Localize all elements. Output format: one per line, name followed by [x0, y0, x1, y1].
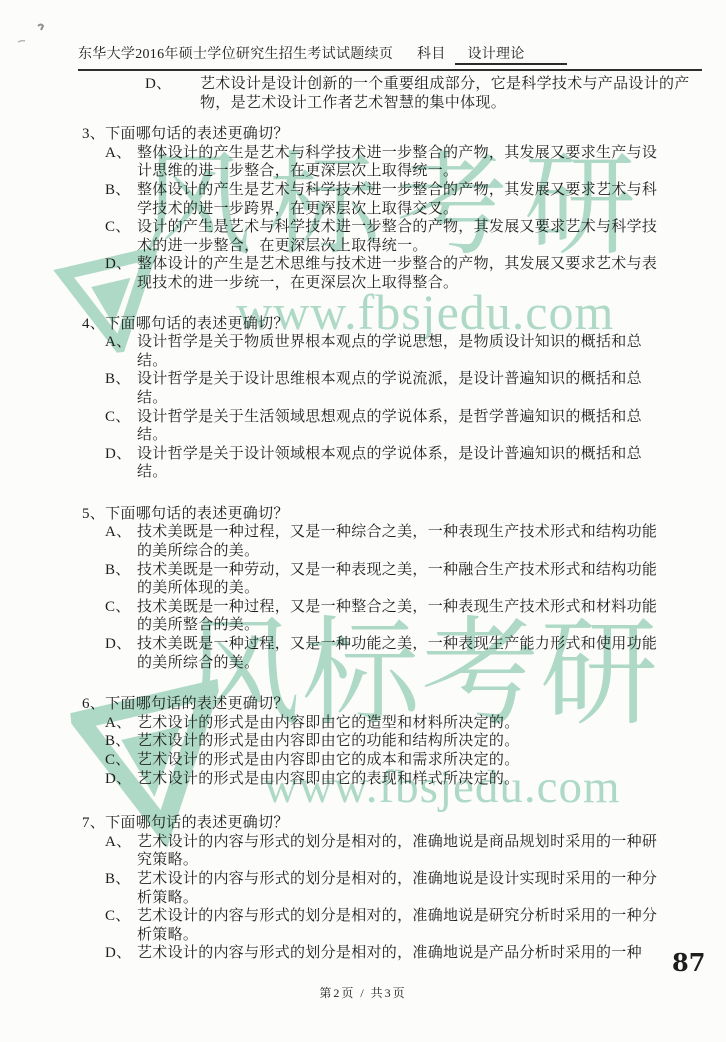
option-text: 艺术设计的形式是由内容即由它的成本和需求所决定的。: [137, 751, 659, 770]
exam-option: B、 设计哲学是关于设计思维根本观点的学说流派，是设计普遍知识的概括和总结。: [105, 370, 726, 407]
exam-option: D、 艺术设计的形式是由内容即由它的表现和样式所决定的。: [105, 770, 726, 789]
option-text: 技术美既是一种过程，又是一种综合之美，一种表现生产技术形式和结构功能的美所综合的…: [137, 523, 659, 560]
option-label: A、: [105, 523, 137, 560]
option-text: 整体设计的产生是艺术与科学技术进一步整合的产物，其发展又要求艺术与科学技术的进一…: [137, 181, 659, 218]
option-label: A、: [105, 833, 137, 870]
exam-option: C、 技术美既是一种过程，又是一种整合之美，一种表现生产技术形式和材料功能的美所…: [105, 598, 726, 635]
option-label: A、: [105, 144, 137, 181]
option-label: B、: [105, 870, 137, 907]
option-text: 艺术设计的内容与形式的划分是相对的，准确地说是产品分析时采用的一种: [137, 944, 659, 963]
option-text: 艺术设计的内容与形式的划分是相对的，准确地说是设计实现时采用的一种分析策略。: [137, 870, 659, 907]
option-text: 设计哲学是关于物质世界根本观点的学说思想，是物质设计知识的概括和总结。: [137, 333, 659, 370]
option-label: B、: [105, 561, 137, 598]
exam-title: 东华大学2016年硕士学位研究生招生考试试题续页: [78, 47, 393, 62]
option-label: B、: [105, 732, 137, 751]
option-text: 整体设计的产生是艺术与科学技术进一步整合的产物，其发展又要求生产与设计思维的进一…: [137, 144, 659, 181]
option-label: A、: [105, 714, 137, 733]
question-block: 4、 下面哪句话的表述更确切？ A、 设计哲学是关于物质世界根本观点的学说思想，…: [82, 315, 726, 482]
option-text: 整体设计的产生是艺术思维与技术进一步整合的产物，其发展又要求艺术与表现技术的进一…: [137, 255, 659, 292]
option-label: D、: [105, 770, 137, 789]
exam-option: C、 设计哲学是关于生活领域思想观点的学说体系，是哲学普遍知识的概括和总结。: [105, 408, 726, 445]
handwritten-page-number: 87: [672, 954, 705, 973]
exam-option: B、 艺术设计的内容与形式的划分是相对的，准确地说是设计实现时采用的一种分析策略…: [105, 870, 726, 907]
exam-option: A、 技术美既是一种过程，又是一种综合之美，一种表现生产技术形式和结构功能的美所…: [105, 523, 726, 560]
header-rule: [78, 69, 702, 71]
option-label: A、: [105, 333, 137, 370]
exam-option: D、 艺术设计的内容与形式的划分是相对的，准确地说是产品分析时采用的一种: [105, 944, 726, 963]
option-text: 艺术设计是设计创新的一个重要组成部分，它是科学技术与产品设计的产物，是艺术设计工…: [200, 75, 700, 112]
exam-option: A、 设计哲学是关于物质世界根本观点的学说思想，是物质设计知识的概括和总结。: [105, 333, 726, 370]
question-block: 5、 下面哪句话的表述更确切？ A、 技术美既是一种过程，又是一种综合之美，一种…: [82, 505, 726, 672]
page-indicator: 第2页 / 共3页: [0, 984, 726, 1003]
option-label: D、: [105, 635, 137, 672]
option-text: 技术美既是一种过程，又是一种功能之美，一种表现生产能力形式和使用功能的美所综合的…: [137, 635, 659, 672]
question-block: 7、 下面哪句话的表述更确切？ A、 艺术设计的内容与形式的划分是相对的，准确地…: [82, 814, 726, 963]
question-prompt: 下面哪句话的表述更确切？: [105, 505, 289, 524]
option-text: 技术美既是一种劳动，又是一种表现之美，一种融合生产技术形式和结构功能的美所体现的…: [137, 561, 659, 598]
option-label: C、: [105, 751, 137, 770]
exam-option: B、 整体设计的产生是艺术与科学技术进一步整合的产物，其发展又要求艺术与科学技术…: [105, 181, 726, 218]
exam-option: C、 设计的产生是艺术与科学技术进一步整合的产物，其发展又要求艺术与科学技术的进…: [105, 218, 726, 255]
question-block: 3、 下面哪句话的表述更确切？ A、 整体设计的产生是艺术与科学技术进一步整合的…: [82, 125, 726, 292]
option-text: 艺术设计的内容与形式的划分是相对的，准确地说是商品规划时采用的一种研究策略。: [137, 833, 659, 870]
option-label: D、: [105, 445, 137, 482]
exam-option: A、 艺术设计的内容与形式的划分是相对的，准确地说是商品规划时采用的一种研究策略…: [105, 833, 726, 870]
option-text: 设计哲学是关于设计领域根本观点的学说体系，是设计普遍知识的概括和总结。: [137, 445, 659, 482]
exam-paper-page: 风标考研 www.fbsjedu.com 风标考研 www.fbsjedu.co…: [0, 0, 726, 1042]
exam-option: B、 技术美既是一种劳动，又是一种表现之美，一种融合生产技术形式和结构功能的美所…: [105, 561, 726, 598]
subject-label: 科目: [417, 47, 446, 62]
option-label: C、: [105, 408, 137, 445]
option-text: 艺术设计的内容与形式的划分是相对的，准确地说是研究分析时采用的一种分析策略。: [137, 907, 659, 944]
exam-option: D、 整体设计的产生是艺术思维与技术进一步整合的产物，其发展又要求艺术与表现技术…: [105, 255, 726, 292]
option-text: 设计的产生是艺术与科学技术进一步整合的产物，其发展又要求艺术与科学技术的进一步整…: [137, 218, 659, 255]
exam-option: A、 整体设计的产生是艺术与科学技术进一步整合的产物，其发展又要求生产与设计思维…: [105, 144, 726, 181]
option-label: C、: [105, 598, 137, 635]
option-label: C、: [105, 218, 137, 255]
exam-option: C、 艺术设计的内容与形式的划分是相对的，准确地说是研究分析时采用的一种分析策略…: [105, 907, 726, 944]
exam-option: D、 技术美既是一种过程，又是一种功能之美，一种表现生产能力形式和使用功能的美所…: [105, 635, 726, 672]
option-text: 设计哲学是关于设计思维根本观点的学说流派，是设计普遍知识的概括和总结。: [137, 370, 659, 407]
option-label: B、: [105, 181, 137, 218]
question-prompt: 下面哪句话的表述更确切？: [105, 695, 289, 714]
exam-option: D、 设计哲学是关于设计领域根本观点的学说体系，是设计普遍知识的概括和总结。: [105, 445, 726, 482]
question-number: 6、: [82, 695, 105, 714]
option-text: 技术美既是一种过程，又是一种整合之美，一种表现生产技术形式和材料功能的美所整合的…: [137, 598, 659, 635]
option-text: 艺术设计的形式是由内容即由它的表现和样式所决定的。: [137, 770, 659, 789]
question-number: 3、: [82, 125, 105, 144]
question-number: 5、: [82, 505, 105, 524]
exam-option: B、 艺术设计的形式是由内容即由它的功能和结构所决定的。: [105, 732, 726, 751]
question-block: 6、 下面哪句话的表述更确切？ A、 艺术设计的形式是由内容即由它的造型和材料所…: [82, 695, 726, 788]
continuation-option: D、 艺术设计是设计创新的一个重要组成部分，它是科学技术与产品设计的产物，是艺术…: [145, 75, 726, 112]
question-prompt: 下面哪句话的表述更确切？: [105, 125, 289, 144]
option-text: 艺术设计的形式是由内容即由它的功能和结构所决定的。: [137, 732, 659, 751]
question-number: 7、: [82, 814, 105, 833]
exam-option: C、 艺术设计的形式是由内容即由它的成本和需求所决定的。: [105, 751, 726, 770]
option-label: D、: [105, 944, 137, 963]
option-text: 艺术设计的形式是由内容即由它的造型和材料所决定的。: [137, 714, 659, 733]
question-prompt: 下面哪句话的表述更确切？: [105, 814, 289, 833]
option-label: C、: [105, 907, 137, 944]
option-label: D、: [105, 255, 137, 292]
question-prompt: 下面哪句话的表述更确切？: [105, 315, 289, 334]
question-number: 4、: [82, 315, 105, 334]
option-text: 设计哲学是关于生活领域思想观点的学说体系，是哲学普遍知识的概括和总结。: [137, 408, 659, 445]
scan-smudge-mark: [14, 20, 56, 54]
page-header: 东华大学2016年硕士学位研究生招生考试试题续页 科目 设计理论: [78, 46, 726, 64]
option-label: D、: [145, 75, 200, 112]
exam-option: A、 艺术设计的形式是由内容即由它的造型和材料所决定的。: [105, 714, 726, 733]
option-label: B、: [105, 370, 137, 407]
subject-value: 设计理论: [455, 47, 566, 65]
